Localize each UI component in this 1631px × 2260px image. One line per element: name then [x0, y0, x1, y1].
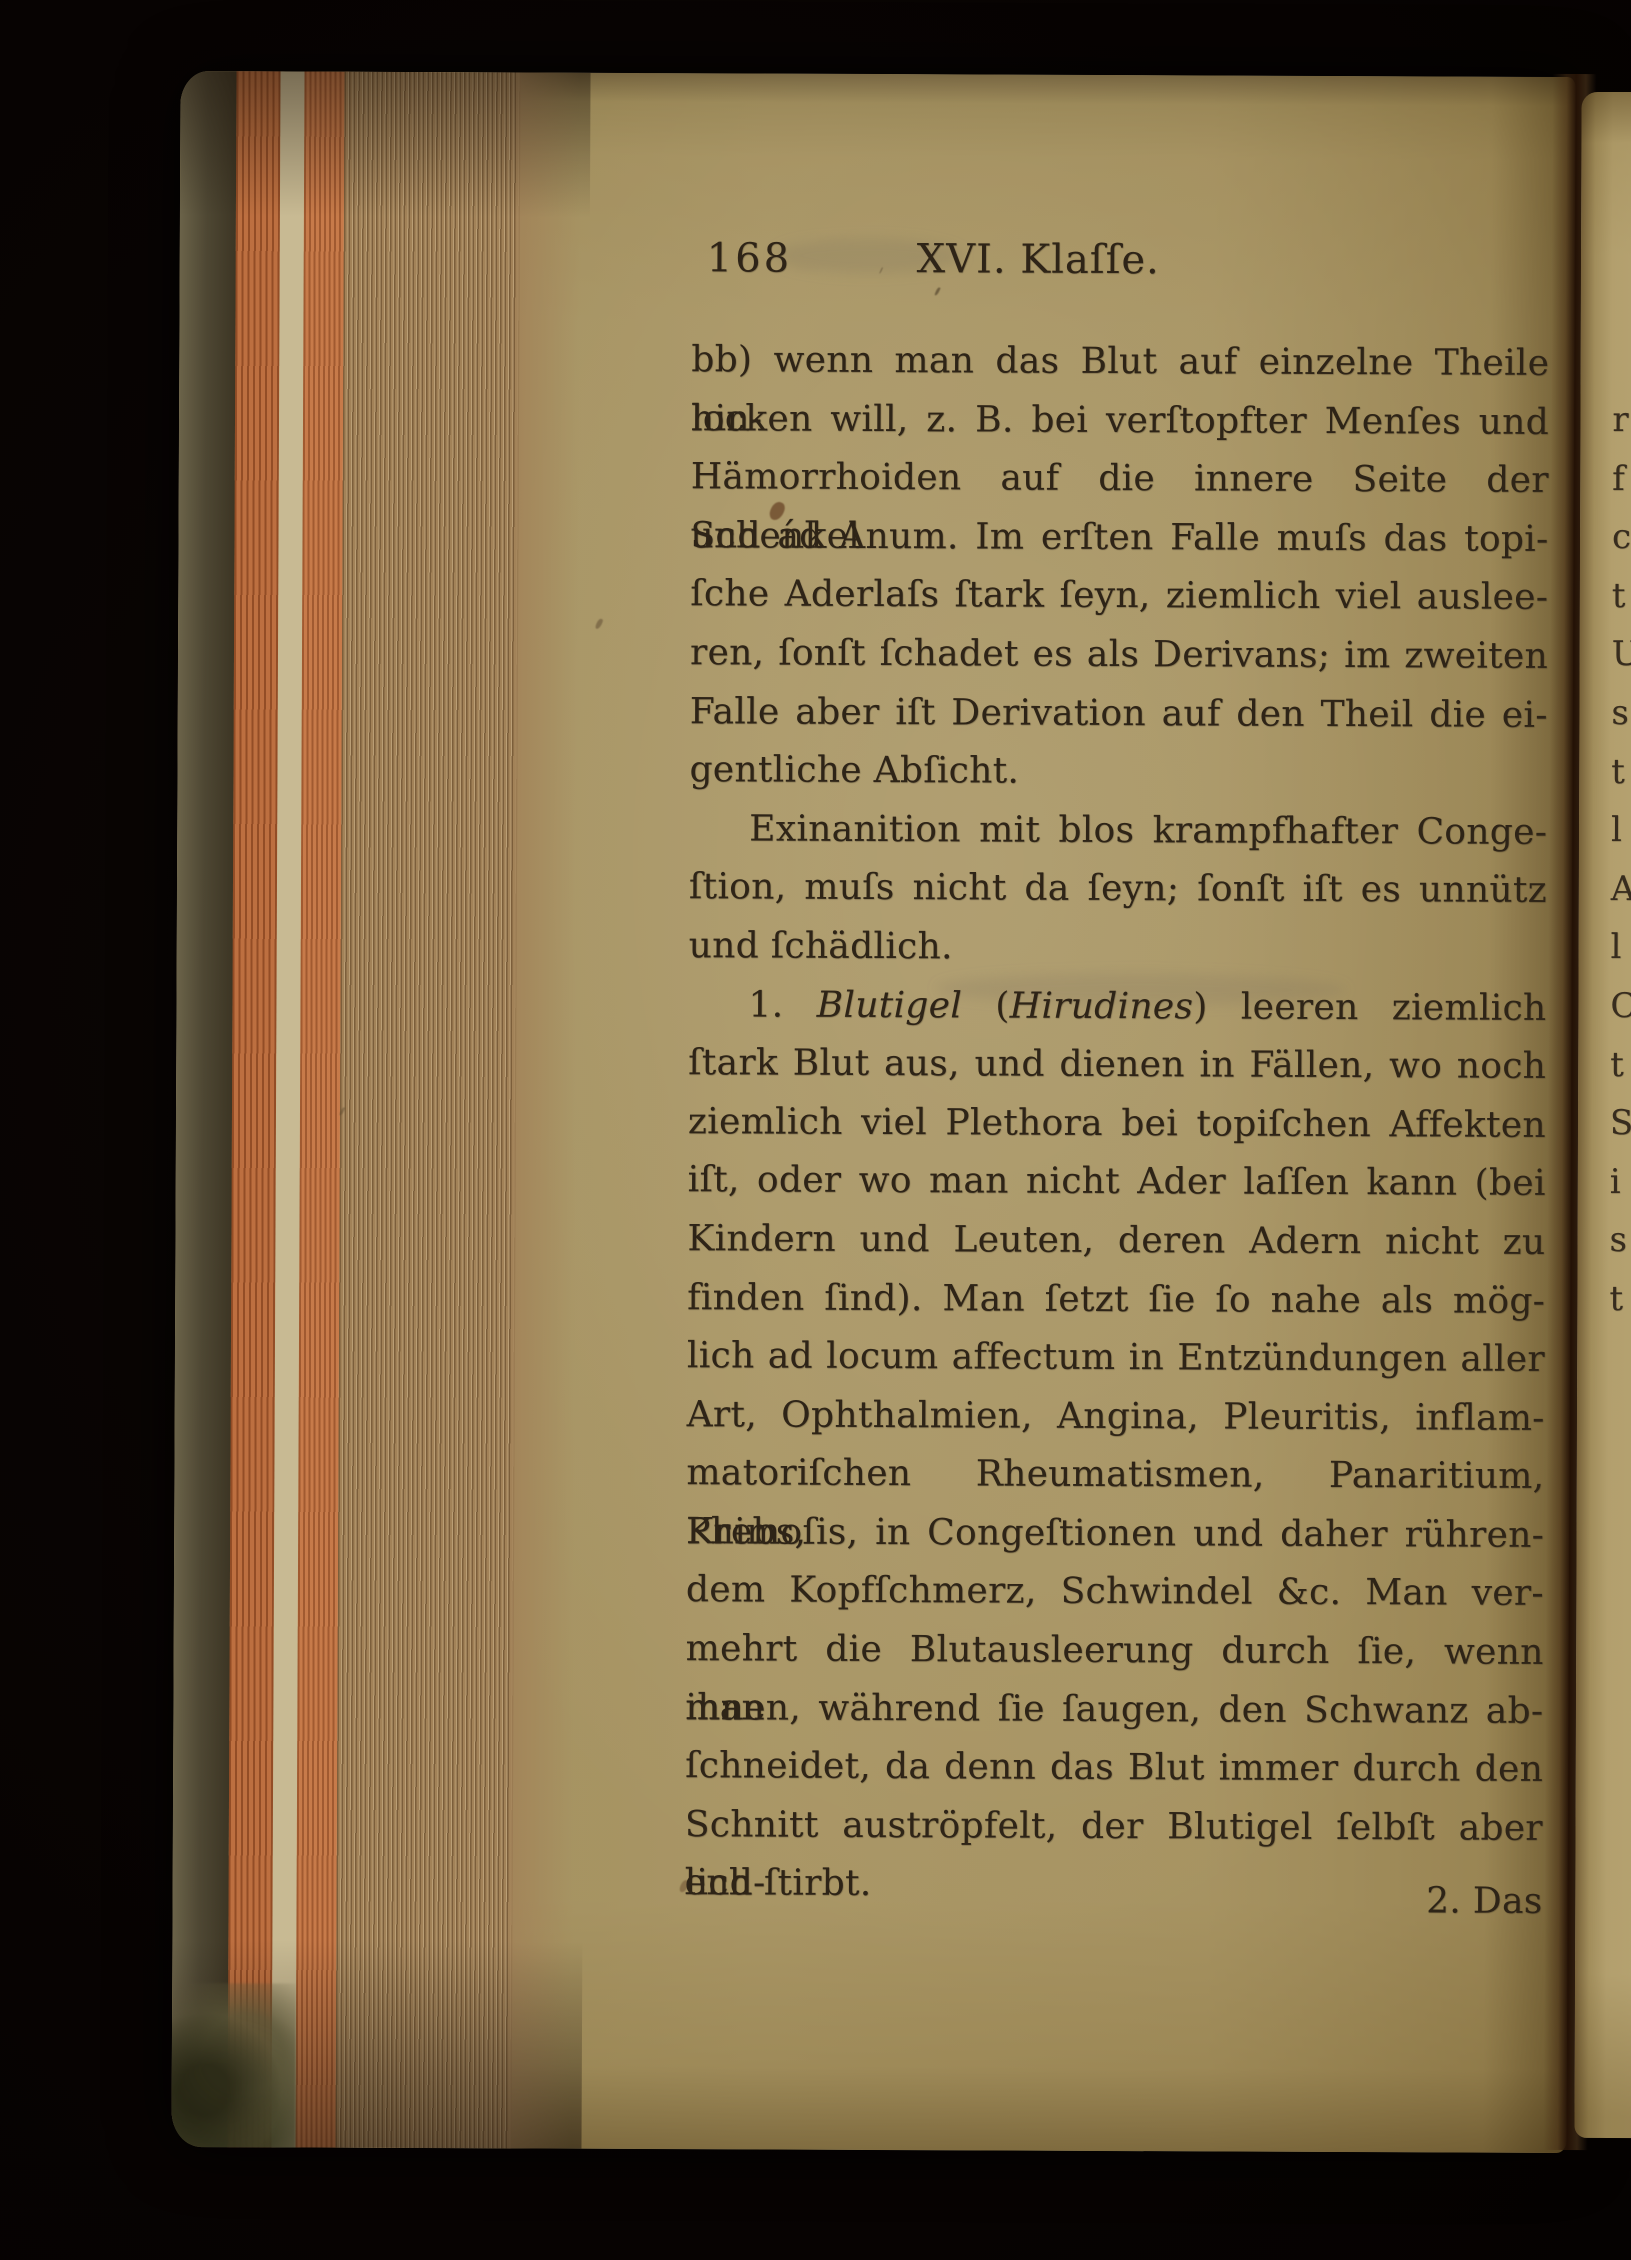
edge-shading	[171, 71, 590, 2149]
page-number: 168	[707, 235, 793, 281]
next-page-letter-fragment: s	[1611, 693, 1631, 733]
next-page-letter-fragment: C	[1610, 986, 1631, 1026]
next-page-letter-fragment: t	[1609, 1279, 1631, 1319]
term-blutigel: Blutigel	[817, 984, 963, 1026]
next-page-letter-fragment: r	[1612, 400, 1631, 440]
body-text-block: bb) wenn man das Blut auf einzelne Theil…	[685, 331, 1550, 1917]
body-line: ſtion, muſs nicht da ſeyn; ſonſt iſt es …	[689, 859, 1547, 921]
body-line: ziemlich viel Plethora bei topiſchen Aff…	[688, 1093, 1546, 1155]
body-line: Hämorrhoiden auf die innere Seite der Sc…	[691, 448, 1549, 510]
last-line-text: lich ſtirbt.	[685, 1855, 872, 1914]
body-line: gentliche Abſicht.	[689, 741, 1547, 803]
body-line-last: lich ſtirbt. 2. Das	[685, 1855, 1543, 1917]
catchword: 2. Das	[1426, 1873, 1543, 1932]
body-line: bb) wenn man das Blut auf einzelne Theil…	[691, 331, 1549, 393]
body-line: iſt, oder wo man nicht Ader laſſen kann …	[688, 1152, 1546, 1214]
next-page-letter-fragment: t	[1612, 576, 1631, 616]
body-line: ren, ſonſt ſchadet es als Derivans; im z…	[690, 624, 1548, 686]
body-line: und ád Anum. Im erſten Falle muſs das to…	[690, 507, 1548, 569]
frayed-corner	[171, 1983, 296, 2153]
body-line: dem Kopfſchmerz, Schwindel &c. Man ver-	[686, 1562, 1544, 1624]
body-line: ſtark Blut aus, und dienen in Fällen, wo…	[688, 1034, 1546, 1096]
body-line: Schnitt auströpfelt, der Blutigel ſelbſt…	[685, 1796, 1543, 1858]
body-line: Falle aber iſt Derivation auf den Theil …	[690, 683, 1548, 745]
body-line: Kindern und Leuten, deren Adern nicht zu	[687, 1210, 1545, 1272]
next-page-letter-fragment: t	[1611, 752, 1631, 792]
next-page-letter-fragment: U	[1612, 634, 1631, 674]
body-line: und ſchädlich.	[689, 917, 1547, 979]
next-page-letter-fragment: i	[1610, 1162, 1631, 1202]
body-line: Phimoſis, in Congeſtionen und daher rühr…	[686, 1503, 1544, 1565]
body-line: finden ſind). Man ſetzt ſie ſo nahe als …	[687, 1269, 1545, 1331]
next-page-letter-fragment: l	[1611, 927, 1631, 967]
running-title: XVI. Klaſſe.	[917, 236, 1160, 283]
next-page-letter-fragment: t	[1610, 1045, 1631, 1085]
body-line: ſche Aderlaſs ſtark ſeyn, ziemlich viel …	[690, 566, 1548, 628]
next-page-letter-fragment: S	[1610, 1103, 1631, 1143]
page-header: 168 XVI. Klaſſe.	[180, 233, 1575, 285]
book-scan-stage: 168 XVI. Klaſſe. bb) wenn man das Blut a…	[0, 0, 1631, 2260]
line-rest: ) leeren ziemlich	[1193, 986, 1546, 1029]
separator: (	[962, 985, 1010, 1026]
next-page-sliver: rfctUstlAlCtSist	[1574, 92, 1631, 2138]
body-line: ſchneidet, da denn das Blut immer durch …	[685, 1737, 1543, 1799]
body-line: ihnen, während ſie ſaugen, den Schwanz a…	[685, 1679, 1543, 1741]
next-page-letter-fragment: A	[1611, 869, 1631, 909]
next-page-letter-fragment: f	[1612, 459, 1631, 499]
body-line: lich ad locum affectum in Entzündungen a…	[687, 1327, 1545, 1389]
body-line-item-blutigel: 1. Blutigel (Hirudines) leeren ziemlich	[688, 976, 1546, 1038]
body-line: locken will, z. B. bei verſtopfter Menſe…	[691, 390, 1549, 452]
book-page: 168 XVI. Klaſſe. bb) wenn man das Blut a…	[171, 71, 1575, 2153]
next-page-letter-fragment: l	[1611, 810, 1631, 850]
term-hirudines: Hirudines	[1010, 985, 1194, 1027]
next-page-letter-fragment: c	[1612, 517, 1631, 557]
next-page-letter-fragment: s	[1609, 1220, 1631, 1260]
item-number: 1.	[748, 984, 816, 1025]
body-line-paragraph-start: Exinanition mit blos krampfhafter Conge-	[689, 800, 1547, 862]
body-line: Art, Ophthalmien, Angina, Pleuritis, inf…	[687, 1386, 1545, 1448]
body-line: mehrt die Blutausleerung durch ſie, wenn…	[686, 1620, 1544, 1682]
body-line: matoriſchen Rheumatismen, Panaritium, Kr…	[686, 1444, 1544, 1506]
